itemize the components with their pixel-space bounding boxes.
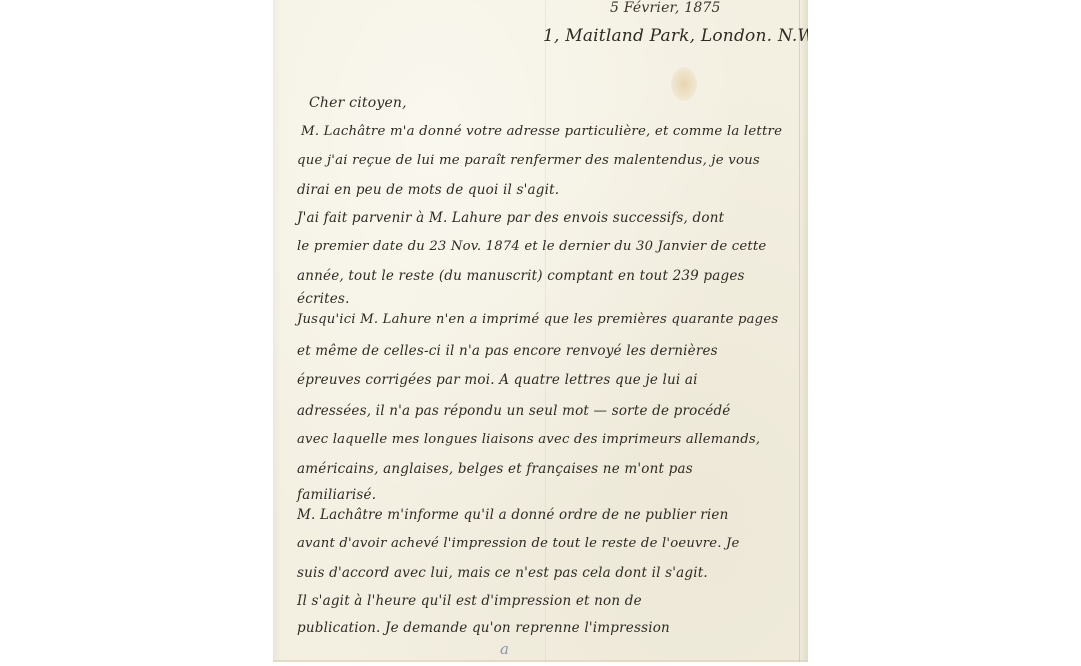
- letter-line-19: publication. Je demande qu'on reprenne l…: [297, 620, 670, 636]
- letter-line-5: le premier date du 23 Nov. 1874 et le de…: [297, 239, 766, 254]
- letter-line-11: adressées, il n'a pas répondu un seul mo…: [297, 403, 730, 419]
- letter-line-8: Jusqu'ici M. Lahure n'en a imprimé que l…: [297, 312, 778, 327]
- letter-line-10: épreuves corrigées par moi. A quatre let…: [297, 372, 698, 388]
- letter-line-4: J'ai fait parvenir à M. Lahure par des e…: [297, 210, 724, 226]
- line-8-text: Jusqu'ici M. Lahure n'en a imprimé que l…: [297, 312, 778, 327]
- letter-line-2: que j'ai reçue de lui me paraît renferme…: [297, 153, 760, 168]
- letter-line-16: avant d'avoir achevé l'impression de tou…: [297, 536, 739, 551]
- letter-salutation: Cher citoyen,: [309, 95, 407, 111]
- paper-stain: [671, 67, 697, 101]
- letter-line-6: année, tout le reste (du manuscrit) comp…: [297, 268, 745, 284]
- letter-line-12: avec laquelle mes longues liaisons avec …: [297, 432, 760, 447]
- page-mark: a: [500, 640, 509, 658]
- letter-line-3: dirai en peu de mots de quoi il s'agit.: [297, 182, 559, 198]
- letter-line-9: et même de celles-ci il n'a pas encore r…: [297, 343, 718, 359]
- letter-line-17: suis d'accord avec lui, mais ce n'est pa…: [297, 565, 708, 581]
- letter-line-15: M. Lachâtre m'informe qu'il a donné ordr…: [297, 507, 728, 523]
- letter-date: 5 Février, 1875: [610, 0, 721, 16]
- paper-edge-line: [799, 0, 800, 662]
- image-canvas: 5 Février, 1875 1, Maitland Park, London…: [0, 0, 1081, 666]
- letter-line-14: familiarisé.: [297, 487, 376, 503]
- letter-line-1: M. Lachâtre m'a donné votre adresse part…: [301, 124, 782, 139]
- letter-line-18: Il s'agit à l'heure qu'il est d'impressi…: [297, 593, 642, 609]
- letter-address: 1, Maitland Park, London. N.W.: [543, 26, 808, 46]
- letter-line-7: écrites.: [297, 291, 350, 307]
- letter-paper: 5 Février, 1875 1, Maitland Park, London…: [273, 0, 808, 662]
- paper-fold-line: [545, 0, 546, 662]
- letter-line-13: américains, anglaises, belges et françai…: [297, 461, 693, 477]
